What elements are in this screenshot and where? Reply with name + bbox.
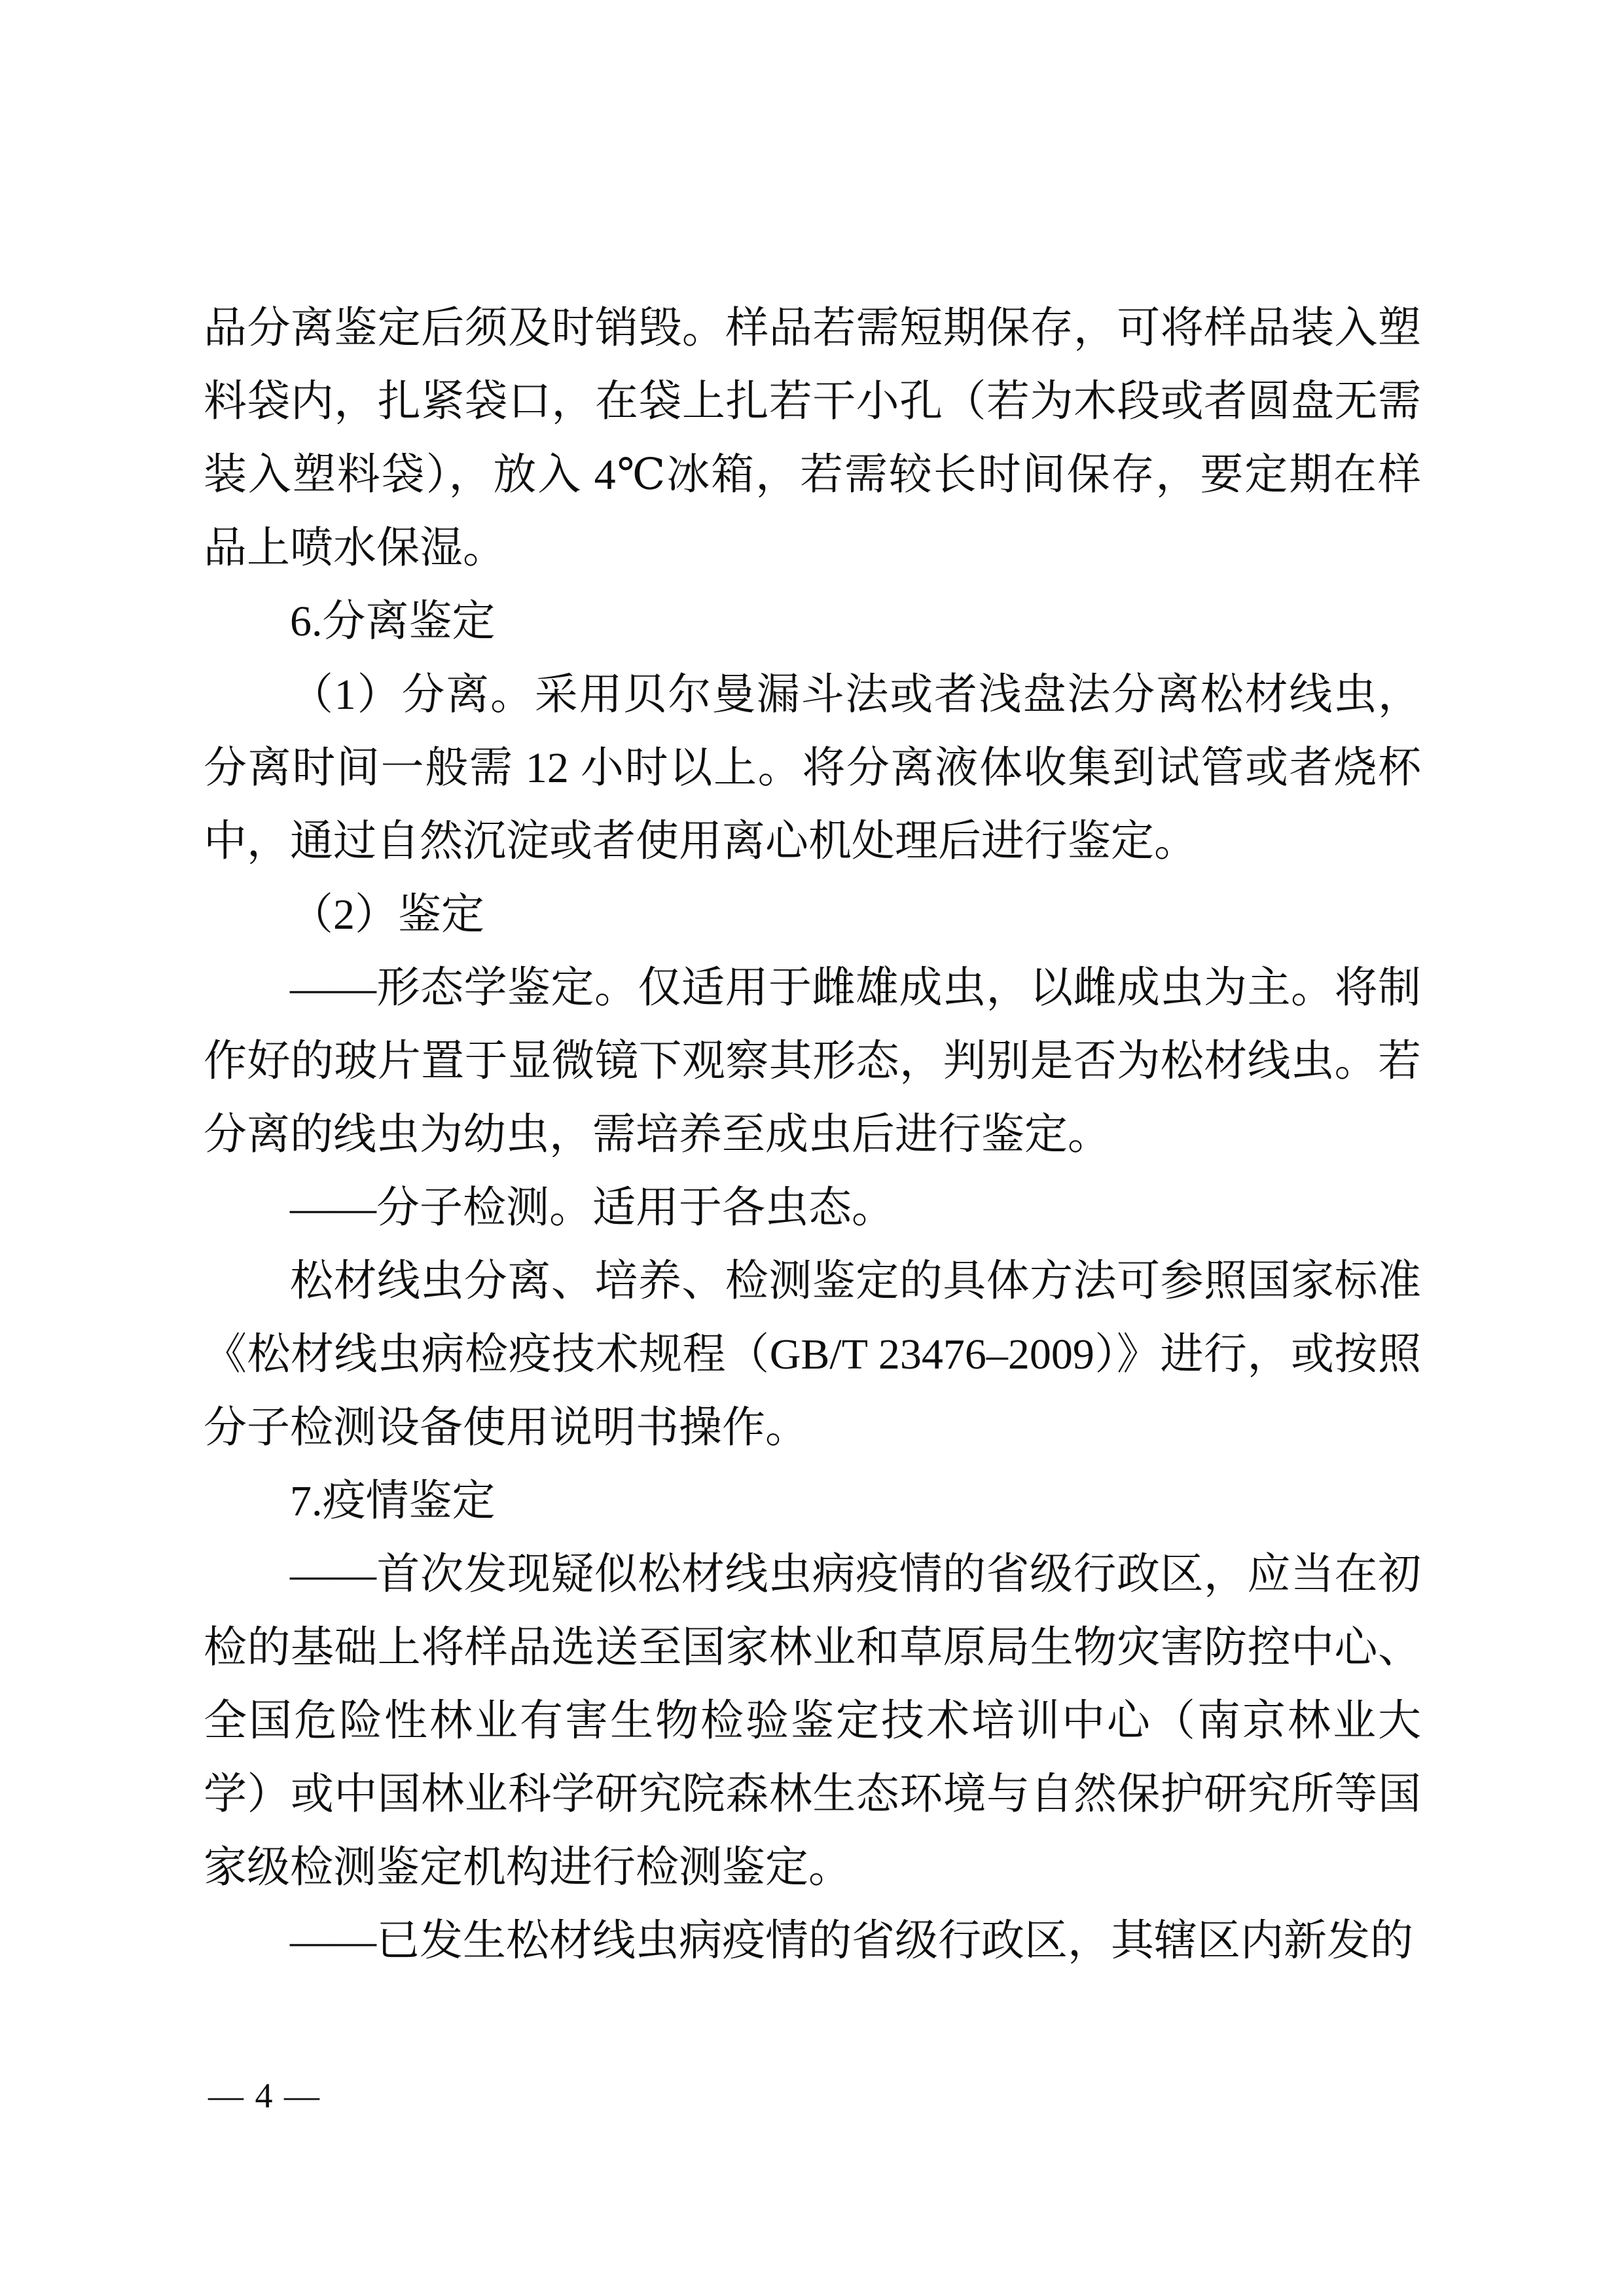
para-separation-method: （1）分离。采用贝尔曼漏斗法或者浅盘法分离松材线虫，分离时间一般需 12 小时以… [204,658,1421,878]
para-first-discovery-procedure: ——首次发现疑似松材线虫病疫情的省级行政区，应当在初检的基础上将样品选送至国家林… [204,1538,1421,1905]
document-body: 品分离鉴定后须及时销毁。样品若需短期保存，可将样品装入塑料袋内，扎紧袋口，在袋上… [204,292,1421,1978]
para-sample-storage-continuation: 品分离鉴定后须及时销毁。样品若需短期保存，可将样品装入塑料袋内，扎紧袋口，在袋上… [204,292,1421,585]
para-existing-epidemic-region: ——已发生松材线虫病疫情的省级行政区，其辖区内新发的 [204,1905,1421,1978]
page-number: — 4 — [208,2075,321,2117]
para-molecular-detection: ——分子检测。适用于各虫态。 [204,1172,1421,1245]
heading-identification: （2）鉴定 [204,878,1421,952]
heading-separation-identification: 6.分离鉴定 [204,585,1421,658]
heading-epidemic-identification: 7.疫情鉴定 [204,1465,1421,1538]
document-page: 品分离鉴定后须及时销毁。样品若需短期保存，可将样品装入塑料袋内，扎紧袋口，在袋上… [0,0,1624,2296]
para-national-standard-reference: 松材线虫分离、培养、检测鉴定的具体方法可参照国家标准《松材线虫病检疫技术规程（G… [204,1245,1421,1465]
para-morphological-identification: ——形态学鉴定。仅适用于雌雄成虫，以雌成虫为主。将制作好的玻片置于显微镜下观察其… [204,952,1421,1172]
